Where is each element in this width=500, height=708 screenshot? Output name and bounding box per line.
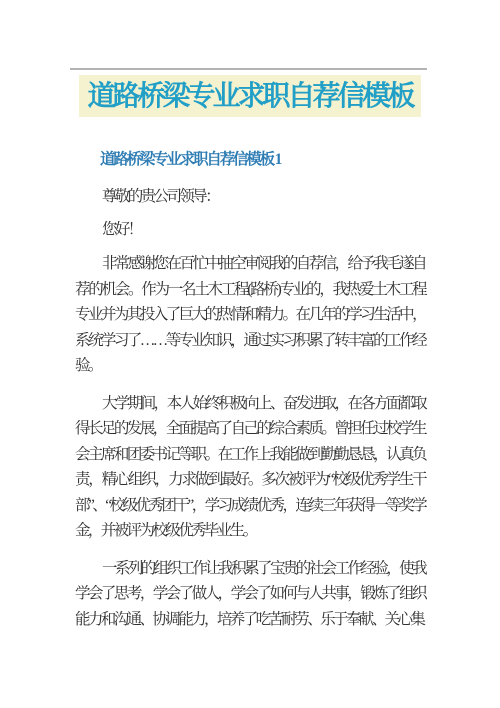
paragraph-intro: 非常感谢您在百忙中抽空审阅我的自荐信，给予我毛遂自荐的机会。作为一名土木工程(路…	[75, 251, 425, 379]
document-title-highlight: 道路桥梁专业求职自荐信模板	[79, 75, 420, 117]
greeting-line: 您好！	[75, 217, 425, 243]
paragraph-organization: 一系列的组织工作让我积累了宝贵的社会工作经验，使我学会了思考，学会了做人，学会了…	[75, 556, 425, 633]
letter-body: 尊敬的贵公司领导： 您好！ 非常感谢您在百忙中抽空审阅我的自荐信，给予我毛遂自荐…	[75, 184, 425, 644]
header-divider	[70, 68, 427, 70]
paragraph-university: 大学期间，本人始终积极向上、奋发进取，在各方面都取得长足的发展，全面提高了自己的…	[75, 391, 425, 544]
document-title: 道路桥梁专业求职自荐信模板	[0, 74, 500, 114]
section-subtitle: 道路桥梁专业求职自荐信模板 1	[100, 147, 280, 169]
document-page: 道路桥梁专业求职自荐信模板 道路桥梁专业求职自荐信模板 1 尊敬的贵公司领导： …	[0, 0, 500, 708]
salutation-line: 尊敬的贵公司领导：	[75, 184, 425, 210]
